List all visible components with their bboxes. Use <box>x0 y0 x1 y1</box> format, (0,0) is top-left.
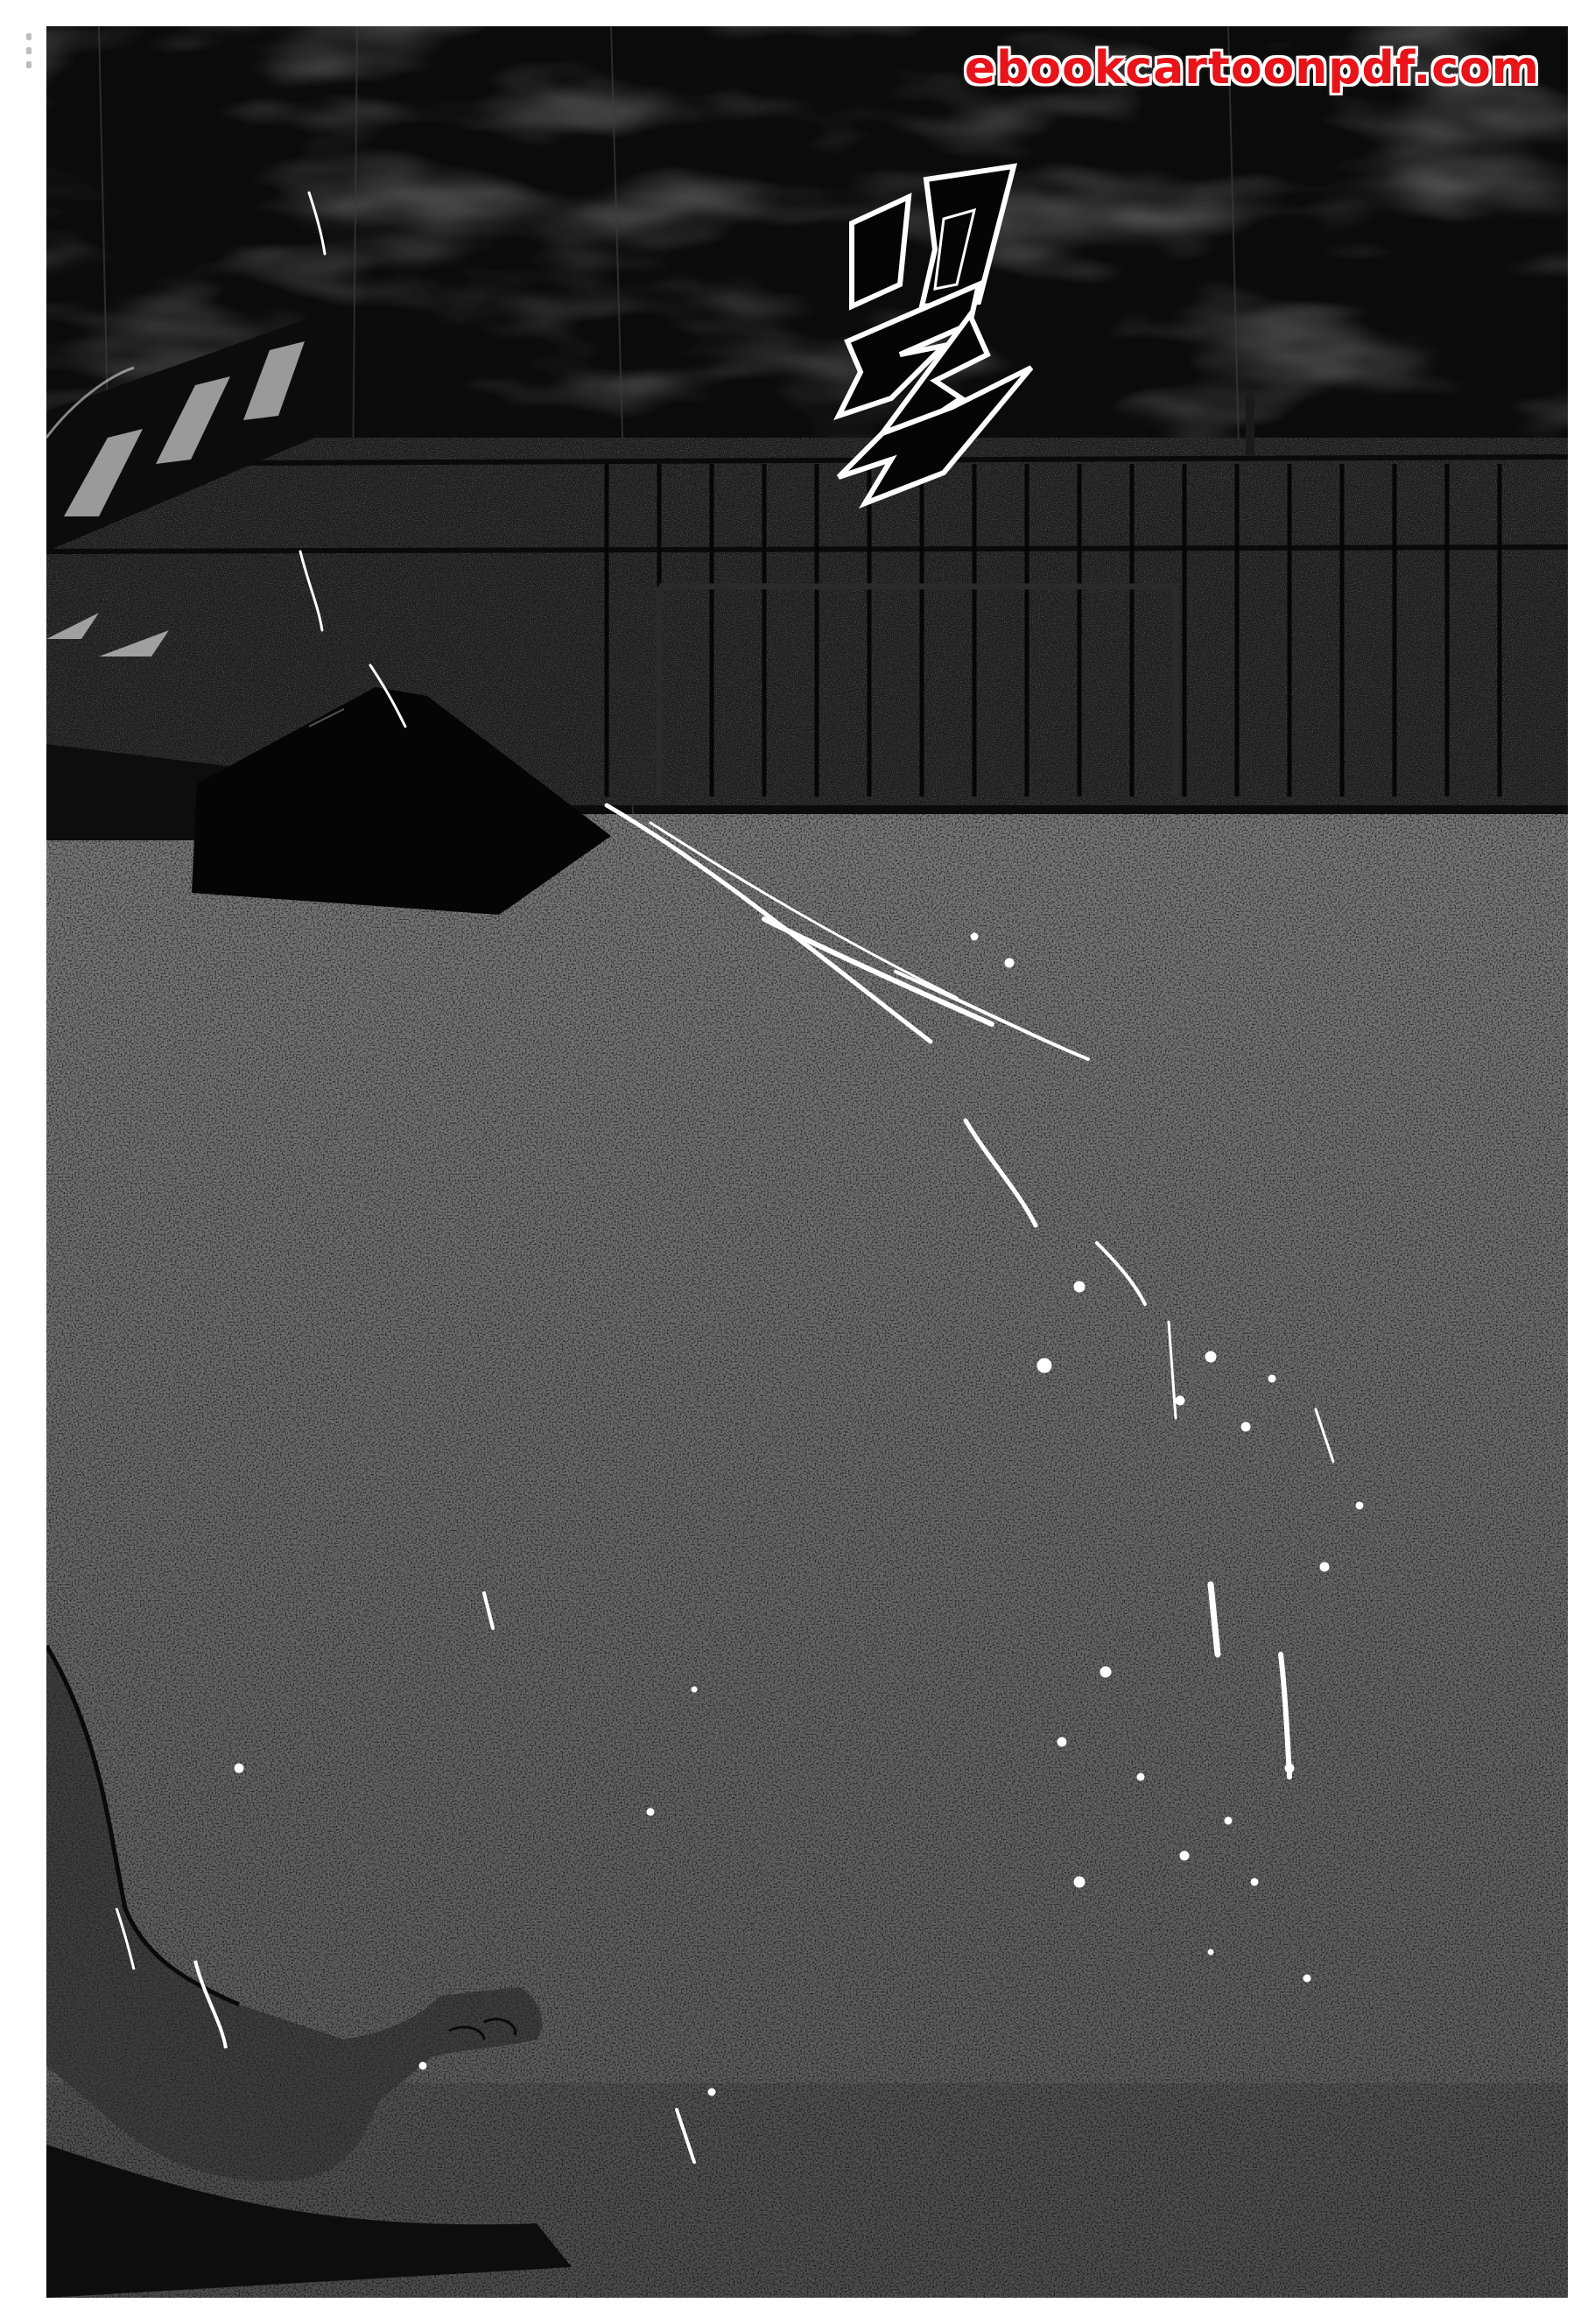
scene-illustration <box>46 26 1568 2298</box>
scan-margin-marks <box>25 28 37 89</box>
manga-panel: ebookcartoonpdf.com <box>46 26 1568 2298</box>
chimney <box>1246 394 1254 455</box>
watermark-text: ebookcartoonpdf.com <box>965 42 1540 95</box>
